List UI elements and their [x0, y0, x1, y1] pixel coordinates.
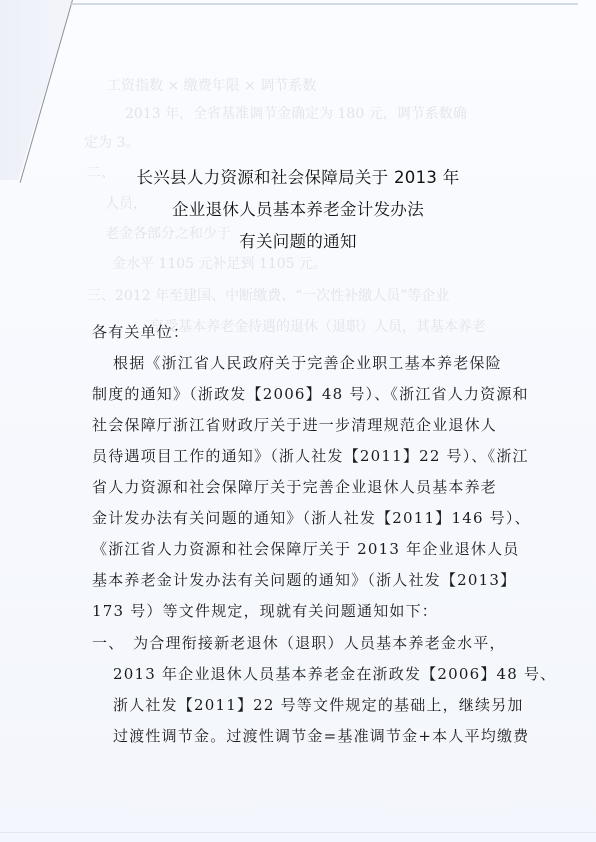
- body-line: 根据《浙江省人民政府关于完善企业职工基本养老保险: [113, 352, 502, 373]
- body-line: 《浙江省人力资源和社会保障厅关于 2013 年企业退休人员: [92, 538, 520, 559]
- scan-top-edge: [70, 3, 578, 5]
- document-title-line-2: 企业退休人员基本养老金计发办法: [0, 196, 596, 220]
- bleed-through-line: 2013 年，全省基准调节金确定为 180 元，调节系数确: [125, 103, 467, 123]
- body-line: 制度的通知》（浙政发【2006】48 号）、《浙江省人力资源和: [92, 383, 529, 404]
- bleed-through-line: 工资指数 × 缴费年限 × 调节系数: [107, 75, 316, 95]
- body-line: 省人力资源和社会保障厅关于完善企业退休人员基本养老: [92, 476, 497, 497]
- document-title-line-3: 有关问题的通知: [0, 228, 596, 252]
- item-one-line: 一、 为合理衔接新老退休（退职）人员基本养老金水平，: [92, 632, 506, 653]
- body-line: 金计发办法有关问题的通知》（浙人社发【2011】146 号）、: [92, 507, 531, 528]
- item-one-line: 浙人社发【2011】22 号等文件规定的基础上，继续另加: [113, 694, 524, 715]
- bleed-through-line: 金水平 1105 元补足到 1105 元。: [112, 253, 327, 273]
- document-title-line-1: 长兴县人力资源和社会保障局关于 2013 年: [0, 164, 596, 188]
- item-one-line: 2013 年企业退休人员基本养老金在浙政发【2006】48 号、: [113, 663, 556, 684]
- bleed-through-line: 三、2012 年至建国、中断缴费、“一次性补缴人员”等企业: [87, 285, 449, 305]
- scan-bottom-edge: [0, 832, 596, 833]
- item-one-line: 过渡性调节金。过渡性调节金=基准调节金+本人平均缴费: [113, 725, 529, 746]
- body-line: 基本养老金计发办法有关问题的通知》（浙人社发【2013】: [92, 569, 516, 590]
- body-line: 173 号）等文件规定，现就有关问题通知如下：: [92, 600, 438, 621]
- bleed-through-line: 定为 3。: [84, 132, 139, 152]
- document-page: 工资指数 × 缴费年限 × 调节系数 2013 年，全省基准调节金确定为 180…: [0, 0, 596, 842]
- bleed-through-line: 享受基本养老金待遇的退休（退职）人员，其基本养老: [150, 316, 486, 336]
- body-line: 员待遇项目工作的通知》（浙人社发【2011】22 号）、《浙江: [92, 445, 529, 466]
- body-line: 社会保障厅浙江省财政厅关于进一步清理规范企业退休人: [92, 414, 497, 435]
- salutation: 各有关单位：: [92, 321, 189, 342]
